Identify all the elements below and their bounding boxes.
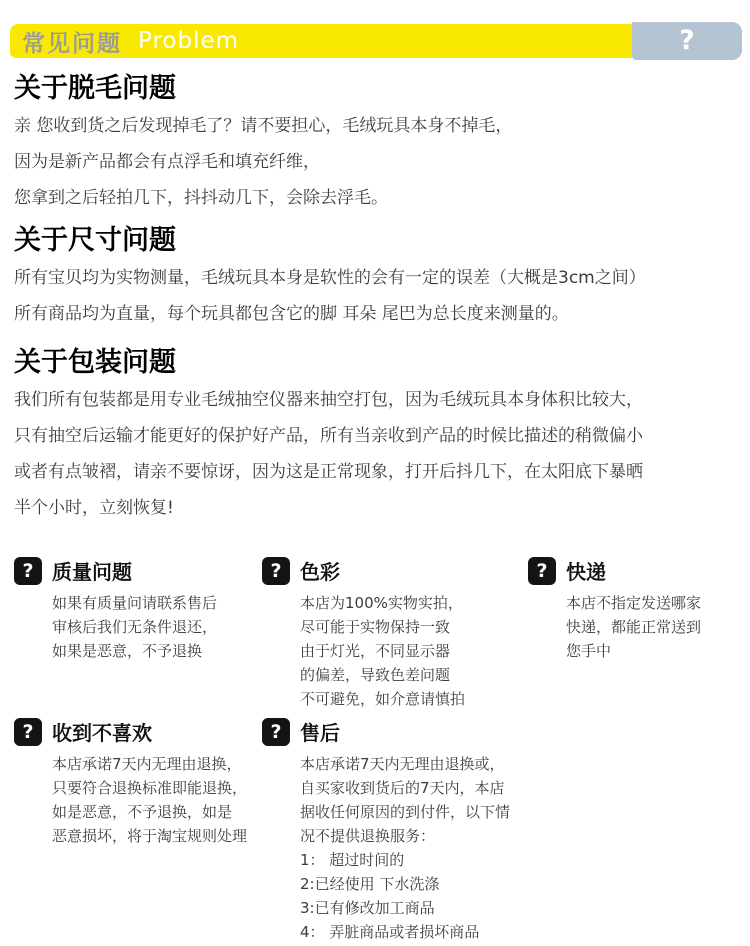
- faq-line: 3:已有修改加工商品: [300, 896, 528, 920]
- section-line: 半个小时，立刻恢复!: [14, 490, 736, 526]
- faq-item-quality: ? 质量问题 如果有质量问请联系售后 审核后我们无条件退还， 如果是恶意，不予退…: [14, 556, 262, 663]
- faq-item-header: ? 收到不喜欢: [14, 717, 262, 746]
- section-line: 只有抽空后运输才能更好的保护好产品，所有当亲收到产品的时候比描述的稍微偏小: [14, 418, 736, 454]
- faq-line: 审核后我们无条件退还，: [52, 615, 262, 639]
- question-icon: ?: [14, 557, 42, 585]
- faq-line: 快递，都能正常送到: [566, 615, 750, 639]
- faq-line: 本店不指定发送哪家: [566, 591, 750, 615]
- faq-line: 据收任何原因的到付件，以下情: [300, 800, 528, 824]
- section-packaging: 关于包装问题 我们所有包装都是用专业毛绒抽空仪器来抽空打包，因为毛绒玩具本身体积…: [14, 348, 736, 526]
- section-heading: 关于脱毛问题: [14, 74, 736, 104]
- section-line: 所有宝贝均为实物测量，毛绒玩具本身是软性的会有一定的误差（大概是3cm之间）: [14, 260, 736, 296]
- faq-line: 如果有质量问请联系售后: [52, 591, 262, 615]
- faq-line: 2:已经使用 下水洗涤: [300, 872, 528, 896]
- section-line: 我们所有包装都是用专业毛绒抽空仪器来抽空打包，因为毛绒玩具本身体积比较大，: [14, 382, 736, 418]
- section-line: 或者有点皱褶，请亲不要惊讶，因为这是正常现象，打开后抖几下，在太阳底下暴晒: [14, 454, 736, 490]
- header-bar: 常见问题 Problem: [10, 24, 632, 58]
- section-line: 所有商品均为直量，每个玩具都包含它的脚 耳朵 尾巴为总长度来测量的。: [14, 296, 736, 332]
- faq-item-body: 本店承诺7天内无理由退换或， 自买家收到货后的7天内，本店 据收任何原因的到付件…: [262, 752, 528, 944]
- faq-item-title: 收到不喜欢: [52, 717, 152, 746]
- question-icon: ?: [528, 557, 556, 585]
- sections: 关于脱毛问题 亲 您收到货之后发现掉毛了？请不要担心，毛绒玩具本身不掉毛， 因为…: [0, 74, 750, 526]
- question-mark-icon: ?: [632, 22, 742, 60]
- faq-item-title: 售后: [300, 717, 340, 746]
- faq-line: 自买家收到货后的7天内，本店: [300, 776, 528, 800]
- faq-line: 况不提供退换服务：: [300, 824, 528, 848]
- faq-item-title: 质量问题: [52, 556, 132, 585]
- faq-item-body: 本店为100%实物实拍， 尽可能于实物保持一致 由于灯光，不同显示器 的偏差，导…: [262, 591, 528, 711]
- faq-item-header: ? 质量问题: [14, 556, 262, 585]
- faq-item-title: 快递: [566, 556, 606, 585]
- section-line: 您拿到之后轻拍几下，抖抖动几下，会除去浮毛。: [14, 180, 736, 216]
- faq-item-aftersale: ? 售后 本店承诺7天内无理由退换或， 自买家收到货后的7天内，本店 据收任何原…: [262, 717, 528, 944]
- question-icon: ?: [14, 718, 42, 746]
- faq-item-color: ? 色彩 本店为100%实物实拍， 尽可能于实物保持一致 由于灯光，不同显示器 …: [262, 556, 528, 711]
- faq-line: 尽可能于实物保持一致: [300, 615, 528, 639]
- faq-grid-row-1: ? 质量问题 如果有质量问请联系售后 审核后我们无条件退还， 如果是恶意，不予退…: [0, 556, 750, 711]
- faq-line: 4： 弄脏商品或者损坏商品: [300, 920, 528, 944]
- faq-item-title: 色彩: [300, 556, 340, 585]
- section-size: 关于尺寸问题 所有宝贝均为实物测量，毛绒玩具本身是软性的会有一定的误差（大概是3…: [14, 226, 736, 332]
- faq-grid-row-2: ? 收到不喜欢 本店承诺7天内无理由退换， 只要符合退换标准即能退换， 如是恶意…: [0, 717, 750, 944]
- faq-line: 本店承诺7天内无理由退换或，: [300, 752, 528, 776]
- page-header: 常见问题 Problem ?: [10, 22, 742, 60]
- faq-line: 1： 超过时间的: [300, 848, 528, 872]
- faq-item-dislike: ? 收到不喜欢 本店承诺7天内无理由退换， 只要符合退换标准即能退换， 如是恶意…: [14, 717, 262, 848]
- faq-line: 只要符合退换标准即能退换，: [52, 776, 262, 800]
- faq-page: 常见问题 Problem ? 关于脱毛问题 亲 您收到货之后发现掉毛了？请不要担…: [0, 0, 750, 946]
- faq-line: 恶意损坏，将于淘宝规则处理: [52, 824, 262, 848]
- header-title-cn: 常见问题: [22, 25, 122, 58]
- faq-item-header: ? 色彩: [262, 556, 528, 585]
- section-line: 因为是新产品都会有点浮毛和填充纤维，: [14, 144, 736, 180]
- faq-item-header: ? 售后: [262, 717, 528, 746]
- faq-line: 本店承诺7天内无理由退换，: [52, 752, 262, 776]
- faq-item-body: 本店不指定发送哪家 快递，都能正常送到 您手中: [528, 591, 750, 663]
- faq-line: 本店为100%实物实拍，: [300, 591, 528, 615]
- faq-item-body: 如果有质量问请联系售后 审核后我们无条件退还， 如果是恶意，不予退换: [14, 591, 262, 663]
- faq-item-express: ? 快递 本店不指定发送哪家 快递，都能正常送到 您手中: [528, 556, 750, 663]
- question-icon: ?: [262, 557, 290, 585]
- section-heading: 关于包装问题: [14, 348, 736, 378]
- faq-line: 如果是恶意，不予退换: [52, 639, 262, 663]
- faq-line: 您手中: [566, 639, 750, 663]
- faq-line: 如是恶意，不予退换，如是: [52, 800, 262, 824]
- section-shedding: 关于脱毛问题 亲 您收到货之后发现掉毛了？请不要担心，毛绒玩具本身不掉毛， 因为…: [14, 74, 736, 216]
- section-line: 亲 您收到货之后发现掉毛了？请不要担心，毛绒玩具本身不掉毛，: [14, 108, 736, 144]
- faq-line: 由于灯光，不同显示器: [300, 639, 528, 663]
- faq-item-header: ? 快递: [528, 556, 750, 585]
- faq-item-body: 本店承诺7天内无理由退换， 只要符合退换标准即能退换， 如是恶意，不予退换，如是…: [14, 752, 262, 848]
- faq-line: 不可避免，如介意请慎拍: [300, 687, 528, 711]
- section-heading: 关于尺寸问题: [14, 226, 736, 256]
- header-title-en: Problem: [138, 28, 239, 54]
- faq-line: 的偏差，导致色差问题: [300, 663, 528, 687]
- question-icon: ?: [262, 718, 290, 746]
